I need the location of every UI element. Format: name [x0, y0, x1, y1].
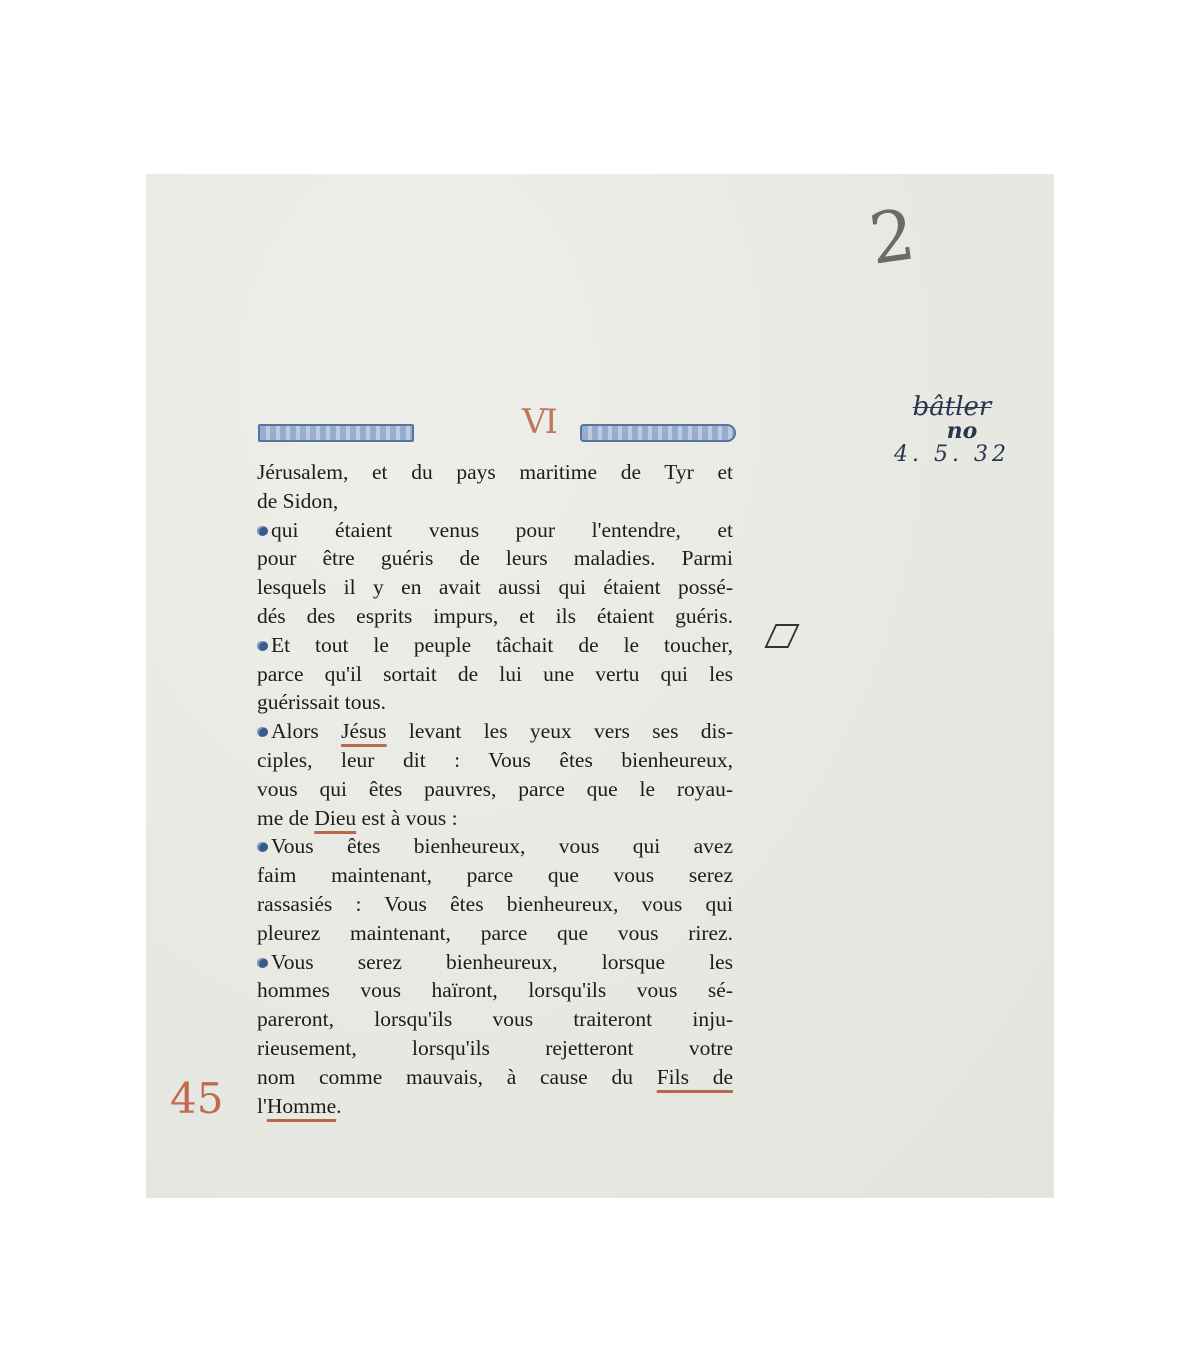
body-text: Jérusalem, et du pays maritime de Tyr et…	[257, 458, 733, 1120]
text-line: vous qui êtes pauvres, parce que le roya…	[257, 775, 733, 804]
text-line: nom comme mauvais, à cause du Fils de	[257, 1063, 733, 1092]
margin-note: bâtler no 4. 5. 32	[862, 392, 1042, 467]
text-line: Alors Jésus levant les yeux vers ses dis…	[257, 717, 733, 746]
underlined-word: Dieu	[314, 806, 356, 830]
text-line: rassasiés : Vous êtes bienheureux, vous …	[257, 890, 733, 919]
text-line: Et tout le peuple tâchait de le toucher,	[257, 631, 733, 660]
verse-bullet-icon	[257, 958, 268, 968]
text-line: faim maintenant, parce que vous serez	[257, 861, 733, 890]
text-line: guérissait tous.	[257, 688, 733, 717]
text-line: ciples, leur dit : Vous êtes bienheureux…	[257, 746, 733, 775]
text-line: pour être guéris de leurs maladies. Parm…	[257, 544, 733, 573]
text-line: Vous êtes bienheureux, vous qui avez	[257, 832, 733, 861]
text-line: parce qu'il sortait de lui une vertu qui…	[257, 660, 733, 689]
text-line: pareront, lorsqu'ils vous traiteront inj…	[257, 1005, 733, 1034]
verse-bullet-icon	[257, 526, 268, 536]
underlined-word: Jésus	[341, 719, 386, 743]
text-line: de Sidon,	[257, 487, 733, 516]
text-line: Vous serez bienheureux, lorsque les	[257, 948, 733, 977]
text-line: l'Homme.	[257, 1092, 733, 1121]
text-line: pleurez maintenant, parce que vous rirez…	[257, 919, 733, 948]
verse-bullet-icon	[257, 641, 268, 651]
text-line: me de Dieu est à vous :	[257, 804, 733, 833]
text-line: Jérusalem, et du pays maritime de Tyr et	[257, 458, 733, 487]
blue-rule-left	[258, 424, 414, 442]
margin-note-line2: no	[862, 418, 1042, 444]
underlined-phrase: Fils de	[657, 1065, 733, 1089]
page-number-annotation: 45	[170, 1074, 223, 1123]
blue-rule-right	[580, 424, 736, 442]
verse-bullet-icon	[257, 842, 268, 852]
chapter-mark: VI	[522, 402, 556, 442]
margin-note-date: 4. 5. 32	[862, 442, 1042, 467]
text-line: dés des esprits impurs, et ils étaient g…	[257, 602, 733, 631]
verse-bullet-icon	[257, 727, 268, 737]
text-line: lesquels il y en avait aussi qui étaient…	[257, 573, 733, 602]
text-line: hommes vous haïront, lorsqu'ils vous sé-	[257, 976, 733, 1005]
text-line: qui étaient venus pour l'entendre, et	[257, 516, 733, 545]
text-line: rieusement, lorsqu'ils rejetteront votre	[257, 1034, 733, 1063]
underlined-word: Homme	[267, 1094, 336, 1118]
